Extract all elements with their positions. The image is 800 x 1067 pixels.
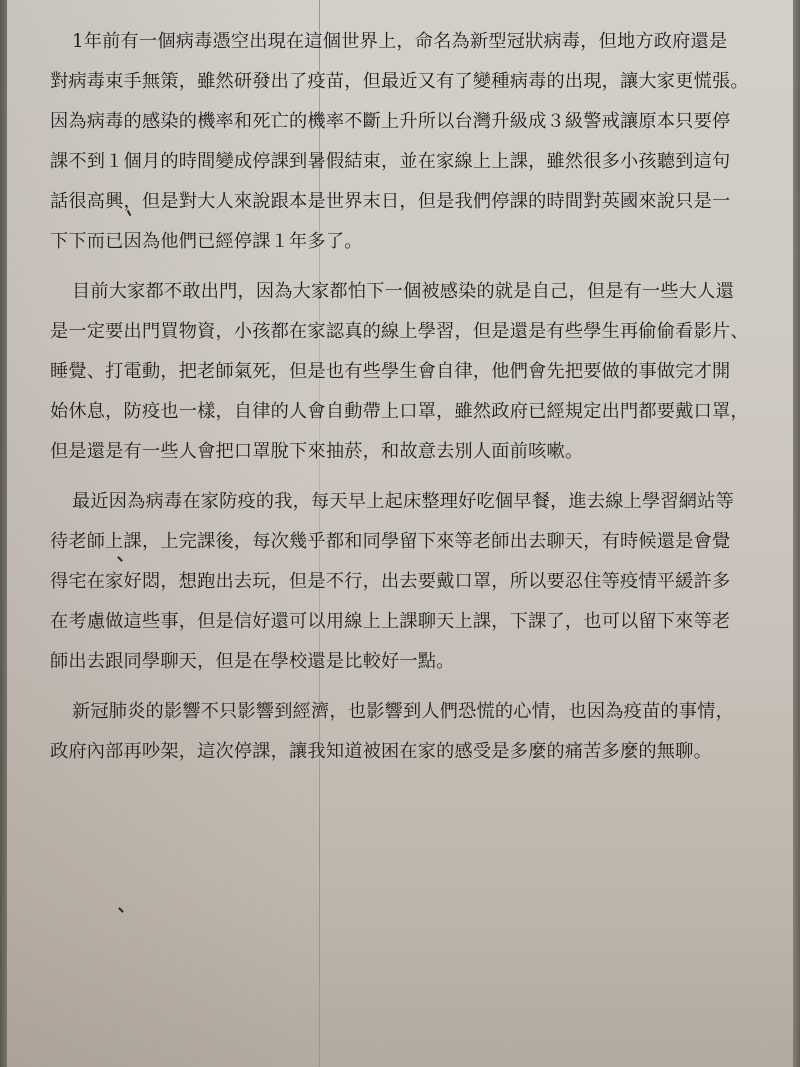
paragraph-gap xyxy=(50,682,740,692)
text-line: 睡覺、打電動，把老師氣死，但是也有些學生會自律，他們會先把要做的事做完才開 xyxy=(50,352,740,392)
text-line: 新冠肺炎的影響不只影響到經濟，也影響到人們恐慌的心情，也因為疫苗的事情， xyxy=(50,692,740,732)
paragraph-3: 最近因為病毒在家防疫的我，每天早上起床整理好吃個早餐，進去線上學習網站等 待老師… xyxy=(50,482,740,682)
text-line: 得宅在家好悶，想跑出去玩，但是不行，出去要戴口罩，所以要忍住等疫情平緩許多 xyxy=(50,562,740,602)
text-line: 待老師上課，上完課後，每次幾乎都和同學留下來等老師出去聊天，有時候還是會覺 xyxy=(50,522,740,562)
text-line: 但是還是有一些人會把口罩脫下來抽菸，和故意去別人面前咳嗽。 xyxy=(50,432,740,472)
paragraph-gap xyxy=(50,472,740,482)
text-line: 師出去跟同學聊天，但是在學校還是比較好一點。 xyxy=(50,642,740,682)
text-line: 課不到１個月的時間變成停課到暑假結束，並在家線上上課，雖然很多小孩聽到這句 xyxy=(50,142,740,182)
text-line: 對病毒束手無策，雖然研發出了疫苗，但最近又有了變種病毒的出現，讓大家更慌張。 xyxy=(50,62,740,102)
text-line: 在考慮做這些事，但是信好還可以用線上上課聊天上課，下課了，也可以留下來等老 xyxy=(50,602,740,642)
paragraph-2: 目前大家都不敢出門，因為大家都怕下一個被感染的就是自己，但是有一些大人還 是一定… xyxy=(50,272,740,472)
text-line: 下下而已因為他們已經停課１年多了。 xyxy=(50,222,740,262)
text-line: 1年前有一個病毒憑空出現在這個世界上，命名為新型冠狀病毒，但地方政府還是 xyxy=(50,22,740,62)
text-line: 最近因為病毒在家防疫的我，每天早上起床整理好吃個早餐，進去線上學習網站等 xyxy=(50,482,740,522)
text-line: 是一定要出門買物資，小孩都在家認真的線上學習，但是還是有些學生再偷偷看影片、 xyxy=(50,312,740,352)
text-line: 政府內部再吵架，這次停課，讓我知道被困在家的感受是多麼的痛苦多麼的無聊。 xyxy=(50,732,740,772)
text-line: 始休息，防疫也一樣，自律的人會自動帶上口罩，雖然政府已經規定出門都要戴口罩， xyxy=(50,392,740,432)
paragraph-gap xyxy=(50,262,740,272)
text-line: 因為病毒的感染的機率和死亡的機率不斷上升所以台灣升級成３級警戒讓原本只要停 xyxy=(50,102,740,142)
text-line: 目前大家都不敢出門，因為大家都怕下一個被感染的就是自己，但是有一些大人還 xyxy=(50,272,740,312)
paragraph-4: 新冠肺炎的影響不只影響到經濟，也影響到人們恐慌的心情，也因為疫苗的事情， 政府內… xyxy=(50,692,740,772)
background-edge-right xyxy=(792,0,800,1067)
text-line: 話很高興，但是對大人來說跟本是世界末日，但是我們停課的時間對英國來說只是一 xyxy=(50,182,740,222)
document-body: 1年前有一個病毒憑空出現在這個世界上，命名為新型冠狀病毒，但地方政府還是 對病毒… xyxy=(50,22,740,772)
paragraph-1: 1年前有一個病毒憑空出現在這個世界上，命名為新型冠狀病毒，但地方政府還是 對病毒… xyxy=(50,22,740,262)
